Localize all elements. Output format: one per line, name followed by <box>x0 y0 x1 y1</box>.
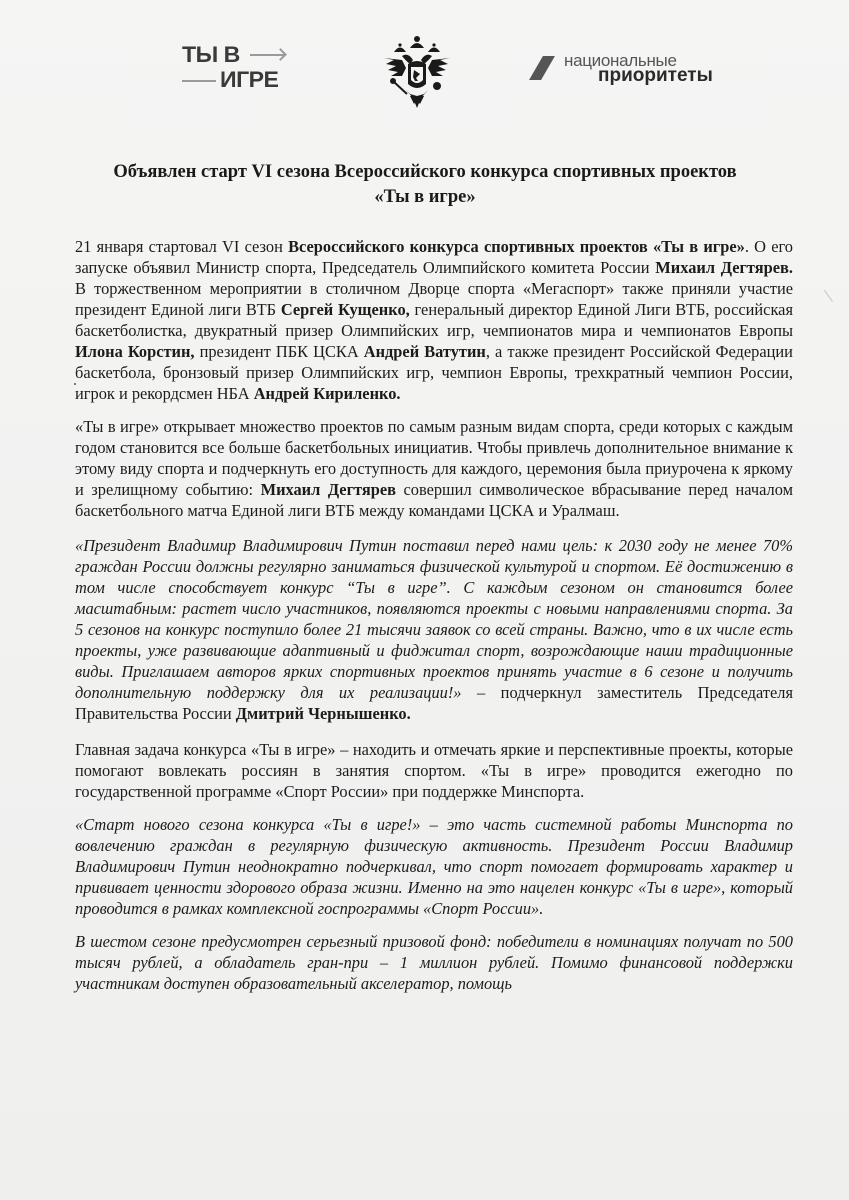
text-segment: Главная задача конкурса «Ты в игре» – на… <box>75 740 793 801</box>
quote-minsport: «Старт нового сезона конкурса «Ты в игре… <box>75 814 793 919</box>
national-priorities-logo: национальные приоритеты <box>530 52 750 92</box>
document-body: 21 января стартовал VI сезон Всероссийск… <box>75 236 793 1006</box>
speaker-name: Дмитрий Чернышенко. <box>236 704 411 723</box>
double-headed-eagle-emblem-icon <box>380 34 454 110</box>
slash-icon <box>529 56 555 80</box>
logo-line-2: ИГРЕ <box>220 69 278 91</box>
person-name: Сергей Кущенко, <box>281 300 410 319</box>
quote-text: «Президент Владимир Владимирович Путин п… <box>75 536 793 702</box>
ty-v-igre-logo: ТЫ В ИГРЕ <box>180 42 290 100</box>
header-logos: ТЫ В ИГРЕ <box>0 38 849 108</box>
quote-text: «Старт нового сезона конкурса «Ты в игре… <box>75 815 793 918</box>
person-name: Илона Корстин, <box>75 342 195 361</box>
bold-segment: Всероссийского конкурса спортивных проек… <box>288 237 745 256</box>
title-line-1: Объявлен старт VI сезона Всероссийского … <box>60 160 790 185</box>
person-name: Андрей Ватутин <box>364 342 486 361</box>
title-line-2: «Ты в игре» <box>60 185 790 210</box>
dash-icon <box>182 80 216 82</box>
paragraph-basketball: «Ты в игре» открывает множество проектов… <box>75 416 793 521</box>
document-title: Объявлен старт VI сезона Всероссийского … <box>60 160 790 210</box>
text-segment: президент ПБК ЦСКА <box>195 342 364 361</box>
arrow-right-icon <box>250 54 284 56</box>
logo-line-1: ТЫ В <box>182 44 240 66</box>
scan-artifact <box>74 383 76 385</box>
paragraph-intro: 21 января стартовал VI сезон Всероссийск… <box>75 236 793 404</box>
quote-chernyshenko: «Президент Владимир Владимирович Путин п… <box>75 535 793 724</box>
scan-artifact <box>824 290 833 302</box>
paragraph-prize-fund: В шестом сезоне предусмотрен серьезный п… <box>75 931 793 994</box>
paragraph-main-goal: Главная задача конкурса «Ты в игре» – на… <box>75 739 793 802</box>
person-name: Михаил Дегтярев. <box>655 258 793 277</box>
logo-line-2: приоритеты <box>598 66 713 86</box>
person-name: Михаил Дегтярев <box>261 480 396 499</box>
person-name: Андрей Кириленко. <box>254 384 401 403</box>
quote-text: В шестом сезоне предусмотрен серьезный п… <box>75 932 793 993</box>
text-segment: 21 января стартовал VI сезон <box>75 237 288 256</box>
